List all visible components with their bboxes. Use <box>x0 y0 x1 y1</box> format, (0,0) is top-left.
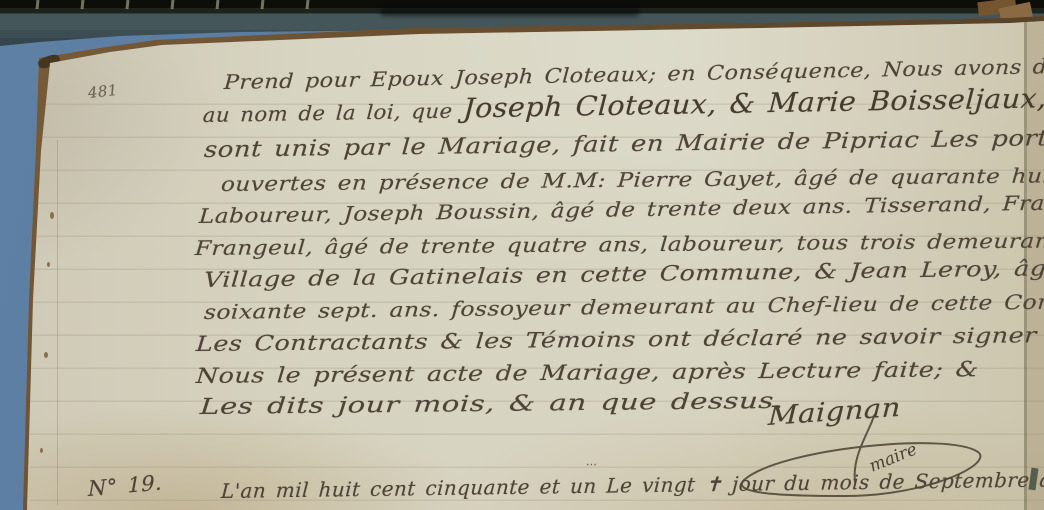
folio-mark: 481 <box>87 81 119 102</box>
register-scan: 481 Prend pour Epoux Joseph Cloteaux; en… <box>0 0 1044 510</box>
edge-speck <box>50 212 54 219</box>
edge-speck <box>47 262 50 267</box>
edge-speck <box>40 448 43 453</box>
insertion-mark: ⋯ <box>585 458 597 471</box>
page-paper: 481 Prend pour Epoux Joseph Cloteaux; en… <box>0 0 1044 510</box>
signature-flourish: maire <box>722 416 1022 510</box>
page-stack-line <box>57 140 58 505</box>
binding-smudge <box>380 7 640 16</box>
record-line-2-lead: au nom de la loi, que <box>202 99 453 127</box>
edge-speck <box>44 352 48 358</box>
